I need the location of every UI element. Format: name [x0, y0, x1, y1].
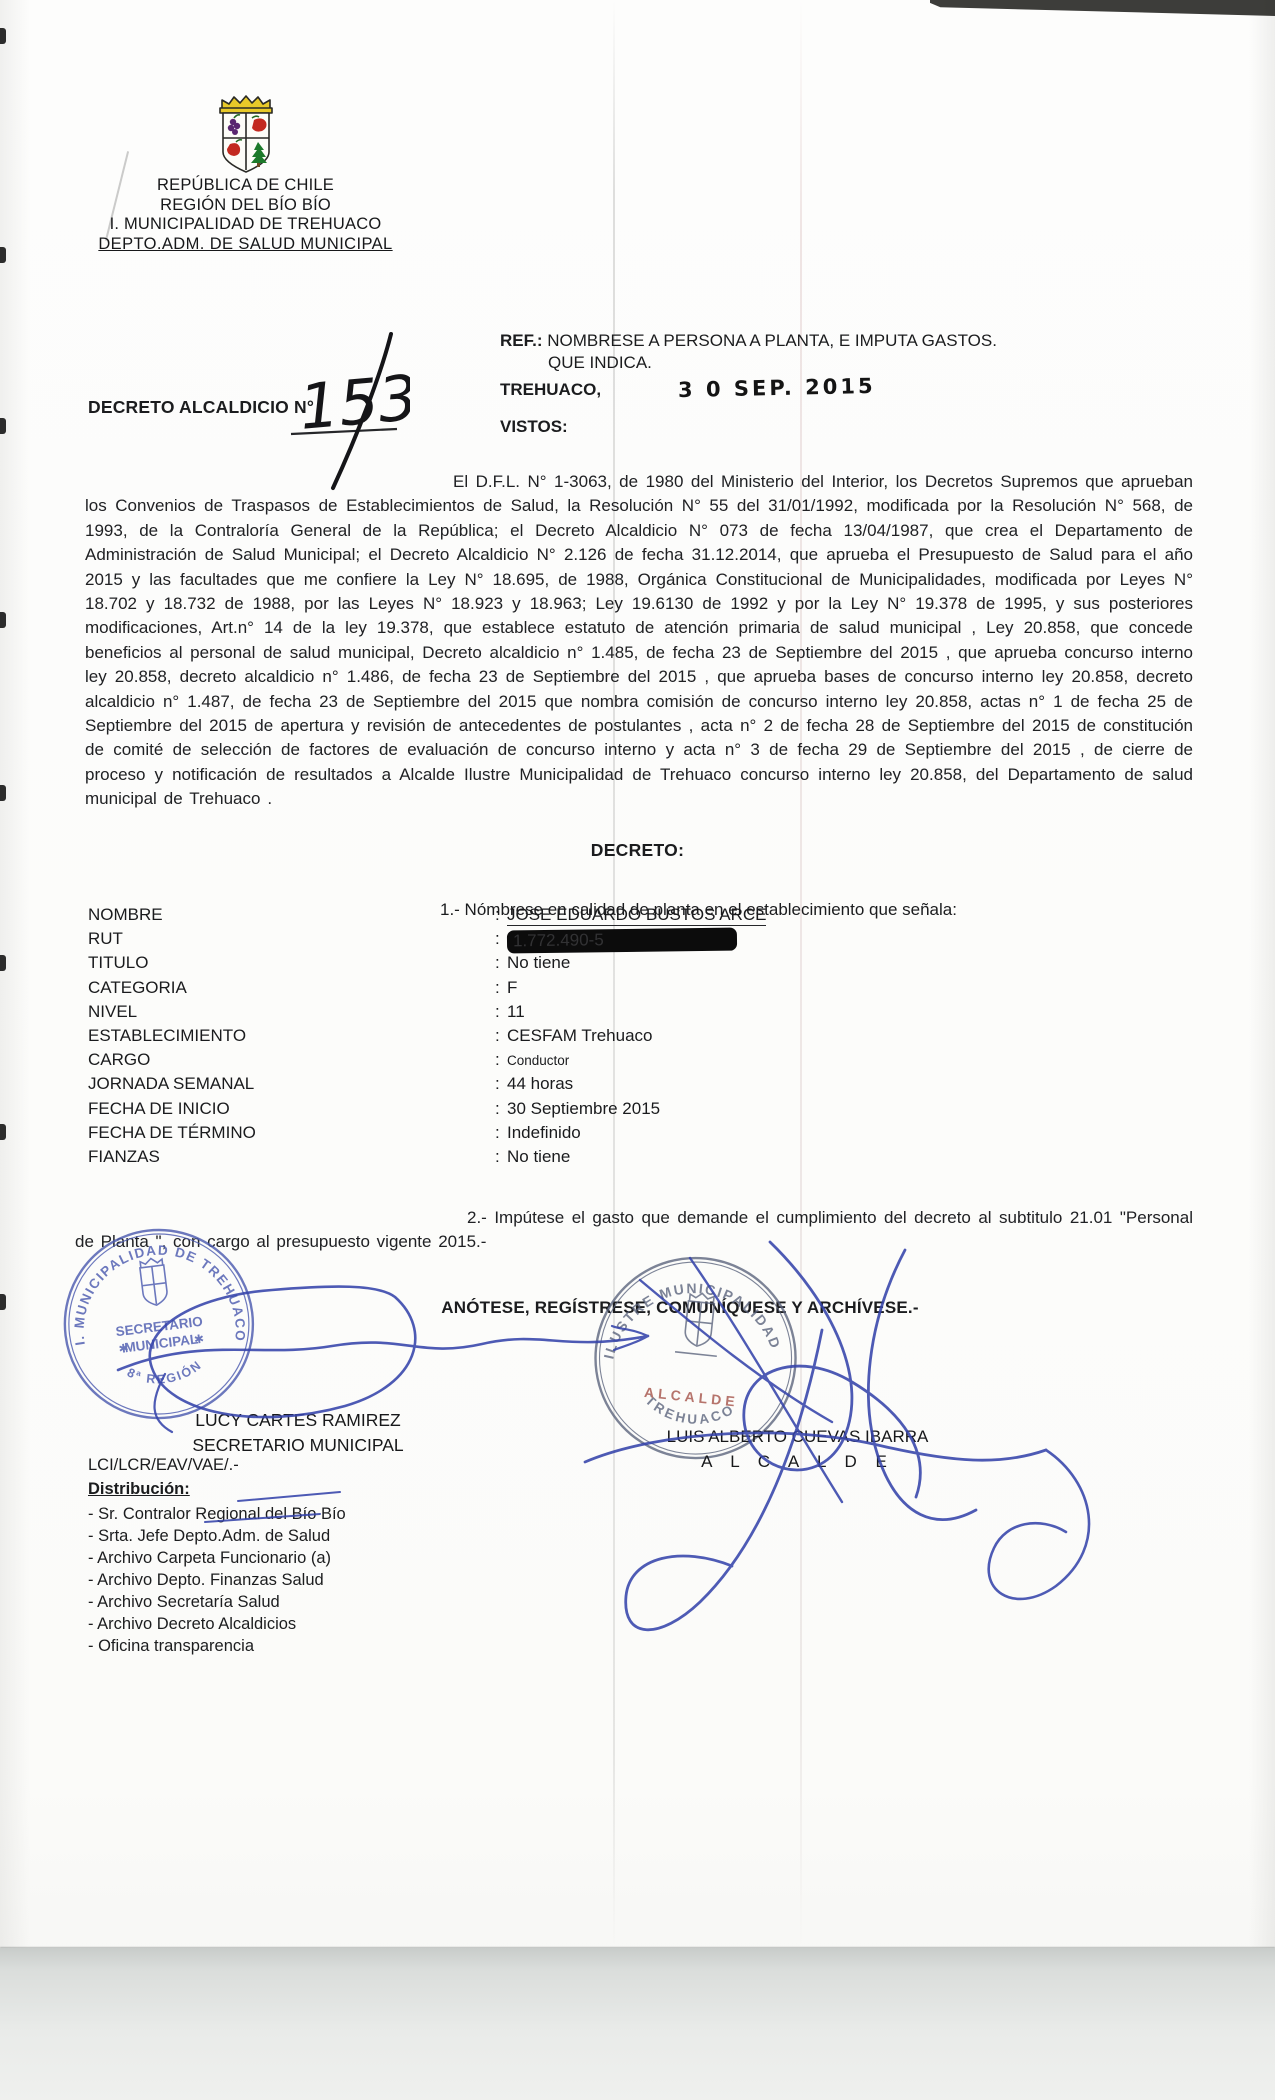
- scan-edge-mark: [0, 418, 6, 434]
- field-label: ESTABLECIMIENTO: [88, 1026, 495, 1046]
- field-colon: :: [495, 953, 507, 973]
- place-label: TREHUACO,: [500, 380, 601, 399]
- letterhead-municipality: I. MUNICIPALIDAD DE TREHUACO: [58, 215, 433, 235]
- svg-text:8ª REGIÓN: 8ª REGIÓN: [123, 1356, 206, 1391]
- stamp-star: ✱: [118, 1341, 130, 1356]
- field-value: 44 horas: [507, 1074, 573, 1094]
- vistos-label: VISTOS:: [500, 417, 568, 437]
- field-value: F: [507, 978, 517, 998]
- letterhead: REPÚBLICA DE CHILE REGIÓN DEL BÍO BÍO I.…: [58, 176, 433, 254]
- scanner-background-band: [0, 1948, 1275, 2100]
- mayor-signature-block: LUIS ALBERTO CUEVAS IBARRA A L C A L D E: [655, 1424, 940, 1474]
- field-colon: :: [495, 1026, 507, 1046]
- distribution-item: - Archivo Decreto Alcaldicios: [88, 1613, 346, 1635]
- field-colon: :: [495, 905, 507, 925]
- scan-edge-mark: [0, 955, 6, 971]
- scan-edge-mark: [0, 612, 6, 628]
- secretary-name: LUCY CARTES RAMIREZ: [148, 1408, 448, 1433]
- letterhead-department: DEPTO.ADM. DE SALUD MUNICIPAL: [58, 235, 433, 255]
- appointment-fields: NOMBRE : JOSE EDUARDO BUSTOS ARCE RUT : …: [88, 905, 766, 1171]
- field-colon: :: [495, 929, 507, 949]
- field-row-establecimiento: ESTABLECIMIENTO : CESFAM Trehuaco: [88, 1026, 766, 1050]
- scan-corner-artifact: [930, 0, 1275, 16]
- field-row-categoria: CATEGORIA : F: [88, 978, 766, 1002]
- field-value: 1.772.490-5: [507, 929, 737, 952]
- field-colon: :: [495, 1002, 507, 1022]
- field-value: 11: [507, 1002, 525, 1022]
- field-row-nivel: NIVEL : 11: [88, 1002, 766, 1026]
- field-row-cargo: CARGO : Conductor: [88, 1050, 766, 1074]
- field-row-titulo: TITULO : No tiene: [88, 953, 766, 977]
- field-colon: :: [495, 1099, 507, 1119]
- field-label: NIVEL: [88, 1002, 495, 1022]
- secretary-municipal-stamp: I. MUNICIPALIDAD DE TREHUACO 8ª REGIÓN S…: [37, 1211, 282, 1439]
- mayor-title: A L C A L D E: [655, 1449, 940, 1474]
- field-value: Conductor: [507, 1050, 569, 1068]
- reference-text: NOMBRESE A PERSONA A PLANTA, E IMPUTA GA…: [547, 331, 997, 350]
- reference-label: REF.:: [500, 331, 543, 350]
- distribution-item: - Srta. Jefe Depto.Adm. de Salud: [88, 1525, 346, 1547]
- stamp-star: ✱: [193, 1332, 205, 1347]
- field-colon: :: [495, 1123, 507, 1143]
- field-label: FECHA DE TÉRMINO: [88, 1123, 495, 1143]
- field-label: CATEGORIA: [88, 978, 495, 998]
- letterhead-country: REPÚBLICA DE CHILE: [58, 176, 433, 196]
- municipal-coat-of-arms-icon: [196, 90, 296, 178]
- field-row-fecha-inicio: FECHA DE INICIO : 30 Septiembre 2015: [88, 1099, 766, 1123]
- reference-line: REF.: NOMBRESE A PERSONA A PLANTA, E IMP…: [500, 330, 997, 352]
- field-value: Indefinido: [507, 1123, 581, 1143]
- date-stamp: 3 0 SEP. 2015: [678, 375, 876, 401]
- scan-edge-mark: [0, 1124, 6, 1140]
- distribution-item: - Oficina transparencia: [88, 1635, 346, 1657]
- decreto-heading: DECRETO:: [85, 840, 1190, 861]
- field-value: JOSE EDUARDO BUSTOS ARCE: [507, 905, 766, 925]
- field-label: JORNADA SEMANAL: [88, 1074, 495, 1094]
- scan-edge-mark: [0, 1294, 6, 1310]
- scan-edge-mark: [0, 247, 6, 263]
- field-label: CARGO: [88, 1050, 495, 1070]
- field-row-fianzas: FIANZAS : No tiene: [88, 1147, 766, 1171]
- svg-text:ILUSTRE MUNICIPALIDAD: ILUSTRE MUNICIPALIDAD: [600, 1271, 790, 1378]
- distribution-label: Distribución:: [88, 1480, 190, 1499]
- decree-number-label: DECRETO ALCALDICIO N°: [88, 397, 314, 418]
- field-row-jornada: JORNADA SEMANAL : 44 horas: [88, 1074, 766, 1098]
- reference-text-2: QUE INDICA.: [548, 352, 997, 374]
- rut-redaction: 1.772.490-5: [507, 928, 737, 954]
- mayor-name: LUIS ALBERTO CUEVAS IBARRA: [655, 1424, 940, 1449]
- field-value: 30 Septiembre 2015: [507, 1099, 660, 1119]
- distribution-item: - Sr. Contralor Regional del Bío Bío: [88, 1503, 346, 1525]
- place-date-row: TREHUACO, 3 0 SEP. 2015: [500, 377, 997, 401]
- field-colon: :: [495, 978, 507, 998]
- field-label: FIANZAS: [88, 1147, 495, 1167]
- field-row-rut: RUT : 1.772.490-5: [88, 929, 766, 953]
- field-row-nombre: NOMBRE : JOSE EDUARDO BUSTOS ARCE: [88, 905, 766, 929]
- scan-edge-mark: [0, 28, 6, 44]
- appointee-name: JOSE EDUARDO BUSTOS ARCE: [507, 905, 766, 926]
- field-colon: :: [495, 1074, 507, 1094]
- field-label: NOMBRE: [88, 905, 495, 925]
- field-colon: :: [495, 1050, 507, 1070]
- reference-block: REF.: NOMBRESE A PERSONA A PLANTA, E IMP…: [500, 330, 997, 401]
- secretary-signature-block: LUCY CARTES RAMIREZ SECRETARIO MUNICIPAL: [148, 1408, 448, 1458]
- scan-edge-mark: [0, 785, 6, 801]
- field-colon: :: [495, 1147, 507, 1167]
- field-value: CESFAM Trehuaco: [507, 1026, 653, 1046]
- field-label: FECHA DE INICIO: [88, 1099, 495, 1119]
- field-row-fecha-termino: FECHA DE TÉRMINO : Indefinido: [88, 1123, 766, 1147]
- field-label: RUT: [88, 929, 495, 949]
- distribution-item: - Archivo Depto. Finanzas Salud: [88, 1569, 346, 1591]
- paper-fold-line: [800, 0, 802, 1945]
- scanned-decree-page: REPÚBLICA DE CHILE REGIÓN DEL BÍO BÍO I.…: [0, 0, 1275, 2100]
- field-value: No tiene: [507, 1147, 570, 1167]
- letterhead-region: REGIÓN DEL BÍO BÍO: [58, 196, 433, 216]
- field-value: No tiene: [507, 953, 570, 973]
- distribution-item: - Archivo Secretaría Salud: [88, 1591, 346, 1613]
- distribution-item: - Archivo Carpeta Funcionario (a): [88, 1547, 346, 1569]
- responsibility-initials: LCI/LCR/EAV/VAE/.-: [88, 1456, 239, 1475]
- field-label: TITULO: [88, 953, 495, 973]
- distribution-list: - Sr. Contralor Regional del Bío Bío - S…: [88, 1503, 346, 1657]
- vistos-paragraph: El D.F.L. N° 1-3063, de 1980 del Ministe…: [85, 470, 1193, 812]
- secretary-title: SECRETARIO MUNICIPAL: [148, 1433, 448, 1458]
